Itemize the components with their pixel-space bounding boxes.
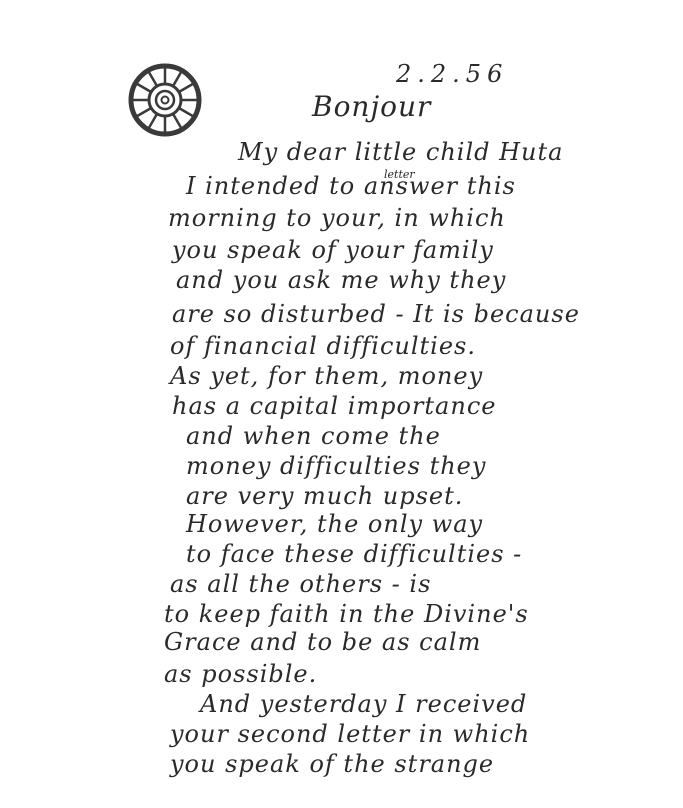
wheel-emblem-icon [128,63,202,137]
letter-line: are so disturbed - It is because [172,300,580,328]
letter-date: 2.2.56 [396,60,508,88]
letter-line: As yet, for them, money [170,362,483,390]
letter-line: to face these difficulties - [186,540,522,568]
letter-line: as all the others - is [170,570,431,598]
letter-line: as possible. [164,660,317,688]
letter-line: morning to your, in which [168,204,506,232]
letter-salutation: My dear little child Huta [238,138,563,166]
letter-line: I intended to answer this [186,172,516,200]
letter-greeting: Bonjour [312,90,431,123]
letter-line: money difficulties they [186,452,486,480]
letter-line: Grace and to be as calm [164,628,481,656]
letter-line: However, the only way [186,510,483,538]
letter-line: your second letter in which [170,720,530,748]
letter-line: And yesterday I received [200,690,527,718]
letter-line: you speak of the strange [170,750,494,778]
letter-line: has a capital importance [172,392,496,420]
letter-line: and you ask me why they [176,266,506,294]
letter-page: 2.2.56 Bonjour My dear little child Huta… [0,0,683,808]
letter-line: you speak of your family [172,236,494,264]
letter-line: of financial difficulties. [170,332,476,360]
letter-line: to keep faith in the Divine's [164,600,529,628]
letter-line: are very much upset. [186,482,463,510]
letter-line: and when come the [186,422,441,450]
